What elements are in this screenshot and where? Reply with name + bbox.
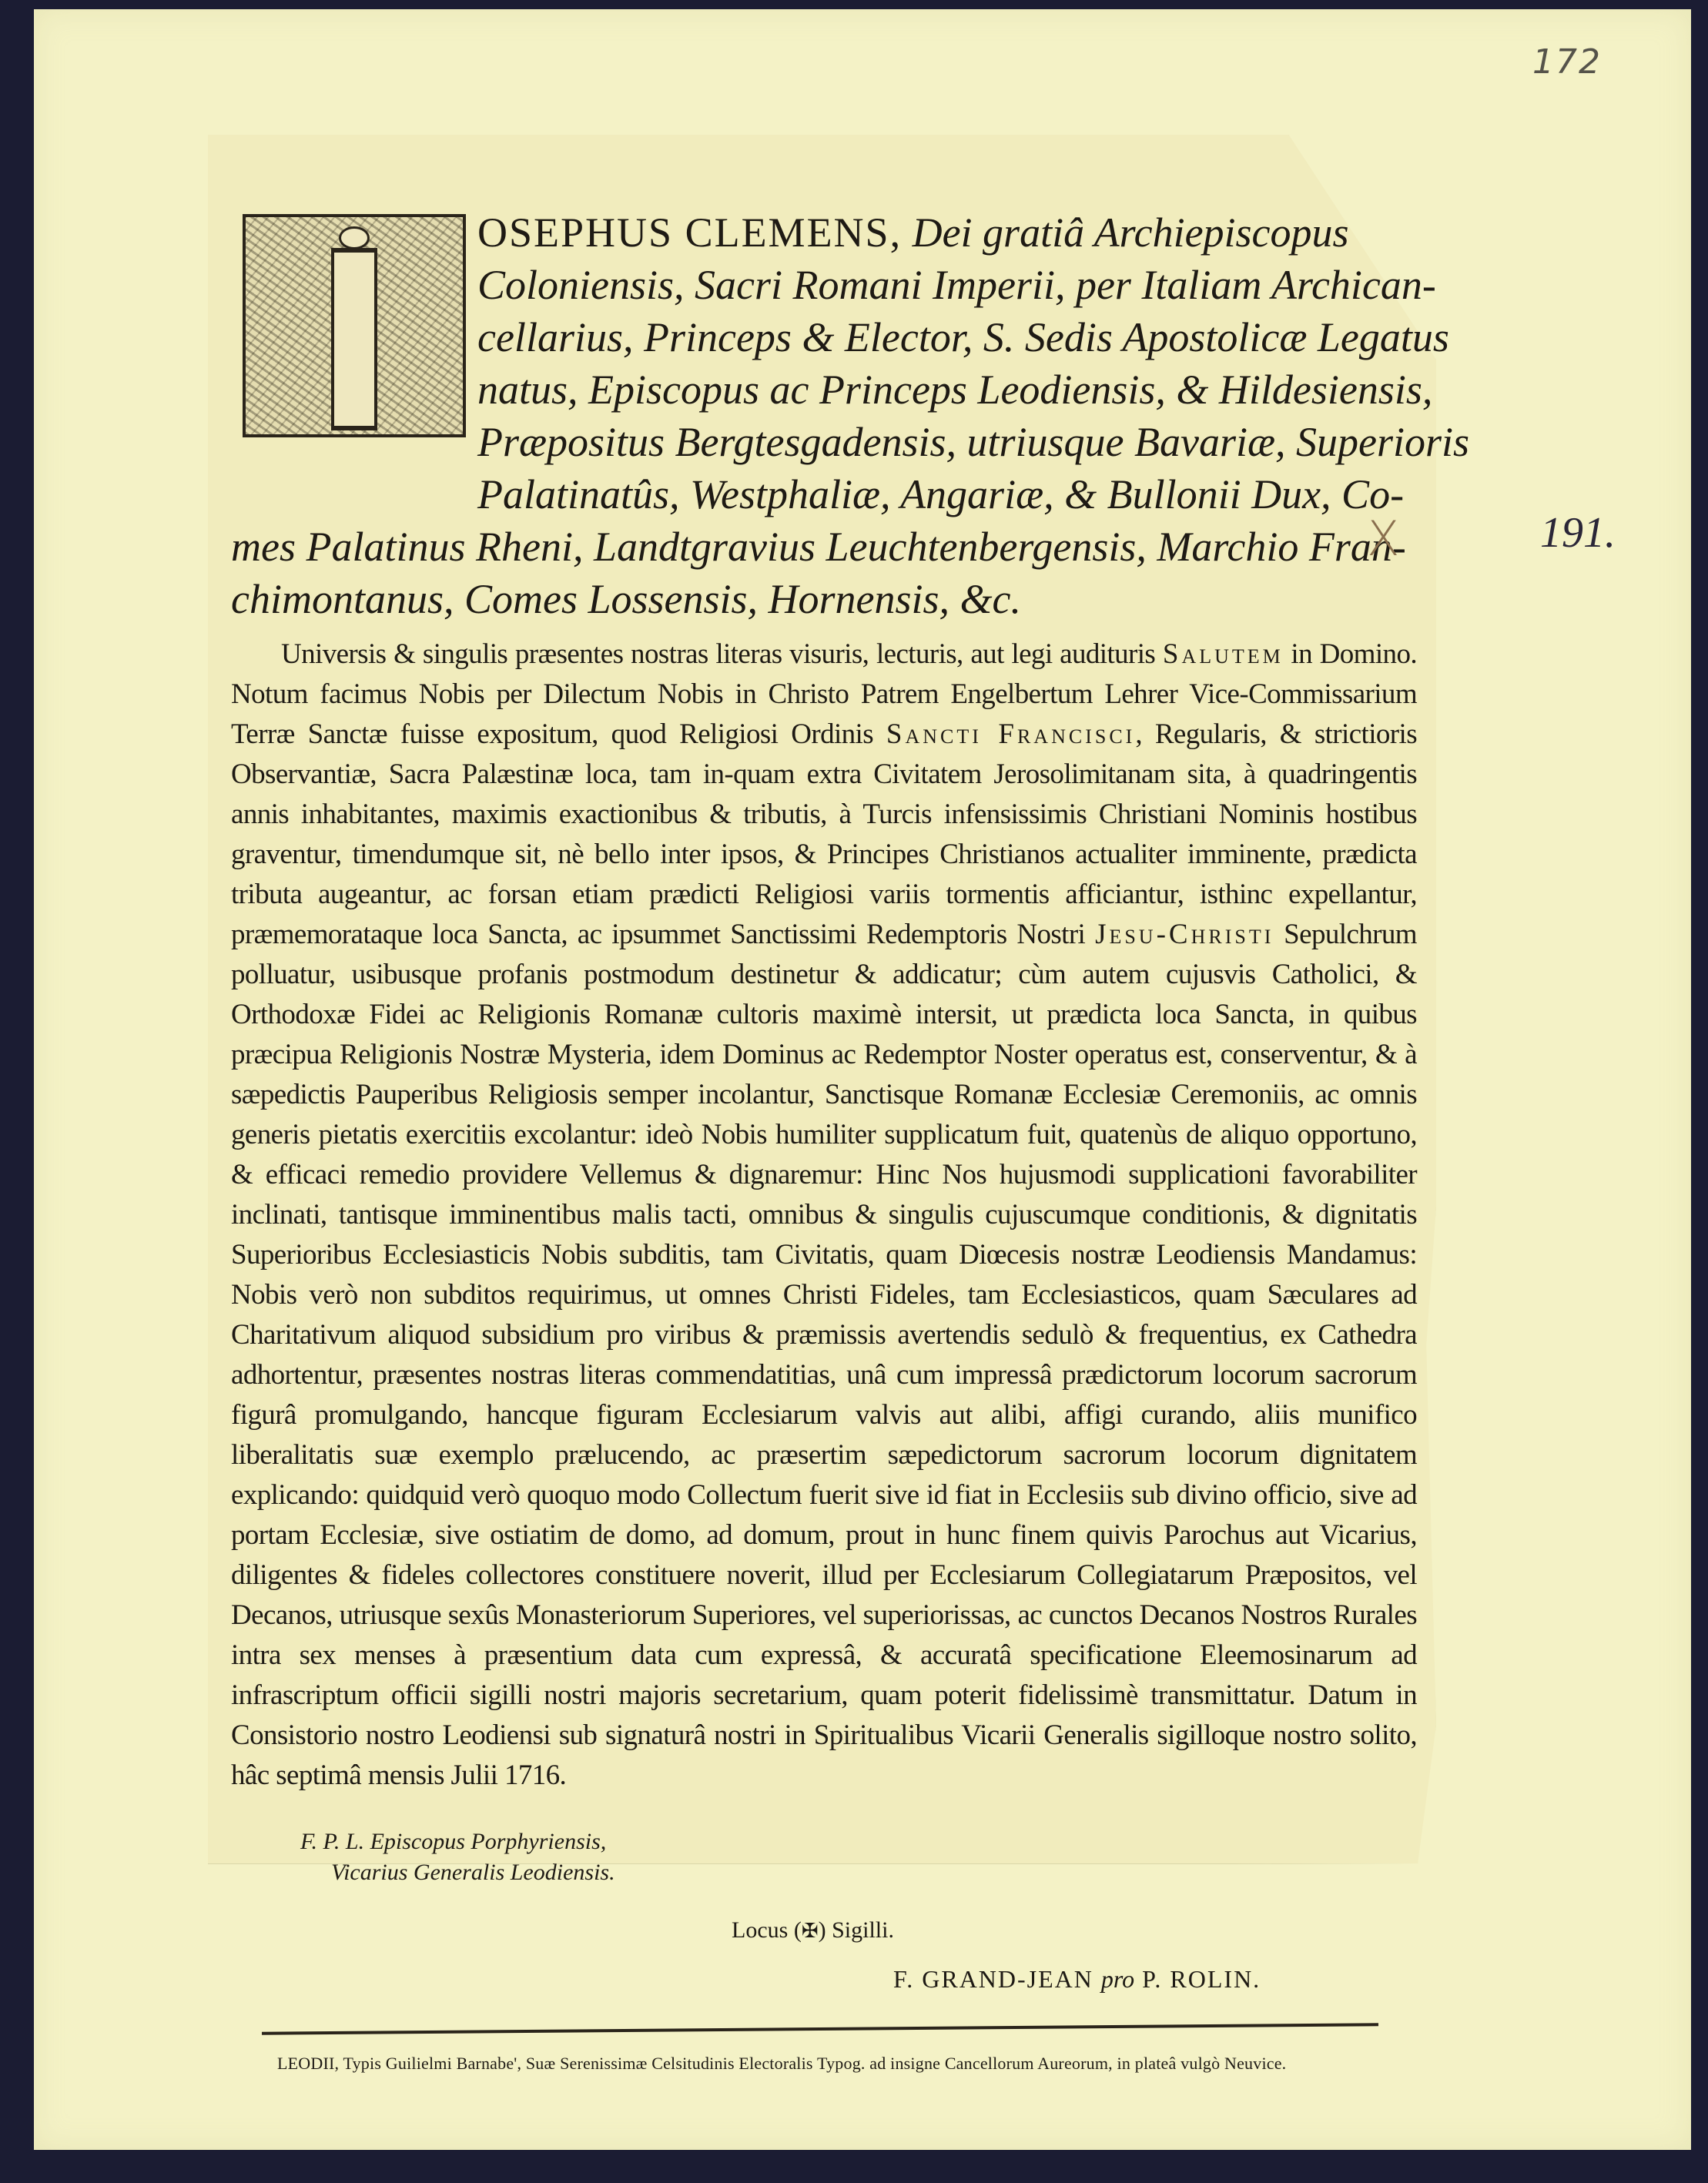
folio-number: 172	[1532, 42, 1602, 82]
seal-cross-icon: ✠	[802, 1920, 819, 1943]
document-content: OSEPHUS CLEMENS, Dei gratiâ Archiepiscop…	[231, 206, 1417, 2074]
sun-icon	[339, 226, 370, 249]
printer-imprint: LEODII, Typis Guilielmi Barnabe', Suæ Se…	[277, 2054, 1417, 2074]
title-line: Coloniensis, Sacri Romani Imperii, per I…	[477, 259, 1417, 311]
title-line: Præpositus Bergtesgadensis, utriusque Ba…	[477, 416, 1417, 468]
body-paragraph: Universis & singulis præsentes nostras l…	[231, 634, 1417, 1796]
title-line: cellarius, Princeps & Elector, S. Sedis …	[477, 311, 1417, 363]
handwritten-number: 191.	[1540, 508, 1616, 557]
divider-rule	[262, 2023, 1378, 2034]
secretary-signature: F. GRAND-JEAN pro P. ROLIN.	[893, 1965, 1417, 1994]
title-line: natus, Episcopus ac Princeps Leodiensis,…	[477, 363, 1417, 416]
vicar-signature: F. P. L. Episcopus Porphyriensis, Vicari…	[300, 1826, 1417, 1888]
initial-letter-i	[331, 248, 377, 430]
title-line: mes Palatinus Rheni, Landtgravius Leucht…	[231, 521, 1417, 573]
decorated-initial-woodcut-icon	[243, 214, 466, 437]
handwritten-cross-mark: X	[1367, 511, 1399, 567]
vicar-line-2: Vicarius Generalis Leodiensis.	[331, 1857, 1417, 1888]
title-line: Palatinatûs, Westphaliæ, Angariæ, & Bull…	[477, 468, 1417, 521]
title-line: OSEPHUS CLEMENS, Dei gratiâ Archiepiscop…	[477, 206, 1417, 259]
body-text: Universis & singulis præsentes nostras l…	[231, 634, 1417, 1796]
vicar-line-1: F. P. L. Episcopus Porphyriensis,	[300, 1826, 1417, 1857]
title-header: OSEPHUS CLEMENS, Dei gratiâ Archiepiscop…	[231, 206, 1417, 625]
title-line: chimontanus, Comes Lossensis, Hornensis,…	[231, 573, 1417, 625]
seal-location: Locus (✠) Sigilli.	[732, 1917, 1417, 1944]
